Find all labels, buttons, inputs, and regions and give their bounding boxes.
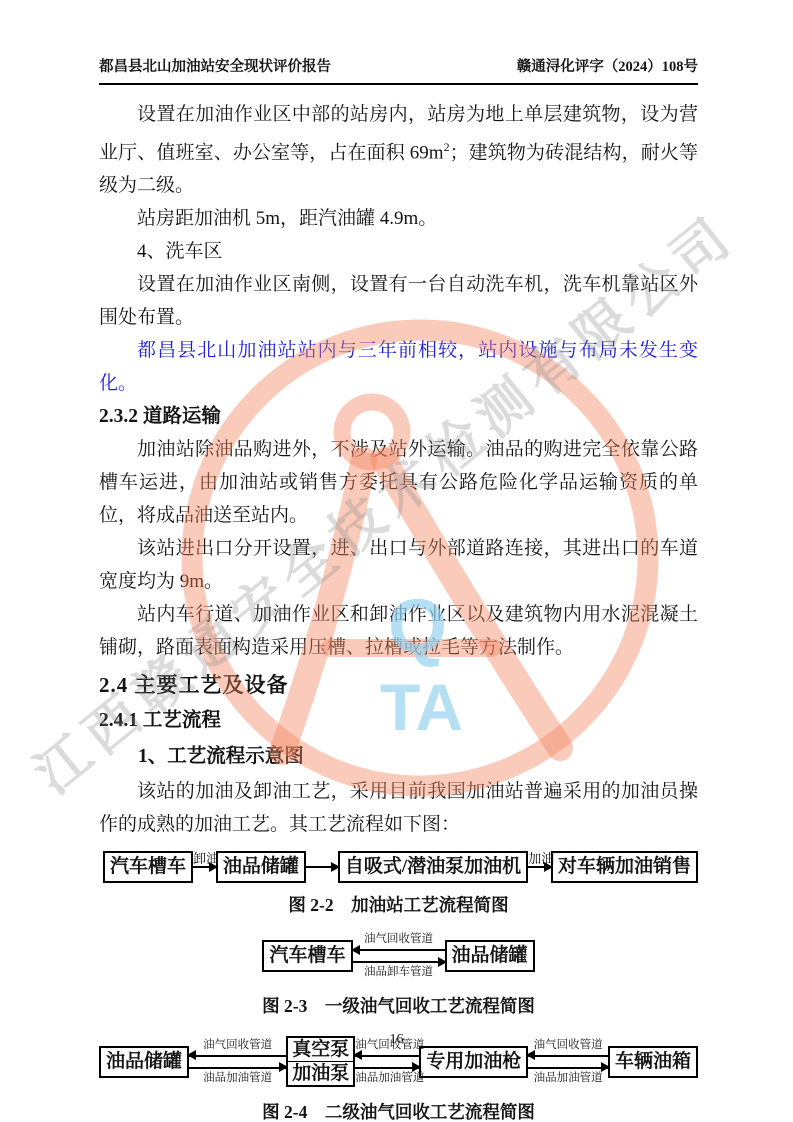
flow-node-vehicle-fuel-tank: 车辆油箱 <box>608 1046 698 1078</box>
arrow-right-icon <box>528 1067 608 1069</box>
label-oil-unloading-pipe: 油品卸车管道 <box>353 966 445 979</box>
arrow-refuel-icon: 加油 <box>528 866 551 868</box>
arrow-label-refuel: 加油 <box>528 852 554 865</box>
header-doc-number: 赣通浔化评字（2024）108号 <box>517 55 698 76</box>
body-text: 设置在加油作业区中部的站房内，站房为地上单层建筑物，设为营业厅、值班室、办公室等… <box>99 98 698 841</box>
heading-flow-diagram: 1、工艺流程示意图 <box>99 739 698 775</box>
heading-2-4-1: 2.4.1 工艺流程 <box>99 703 698 739</box>
fueling-pump-label: 加油泵 <box>288 1062 353 1085</box>
arrow-right-icon <box>189 1067 286 1069</box>
flow-node-dedicated-nozzle: 专用加油枪 <box>419 1046 528 1078</box>
arrow-right-icon <box>355 1067 419 1069</box>
label-oil-fueling-pipe: 油品加油管道 <box>189 1072 286 1085</box>
paragraph-road-transport: 加油站除油品购进外，不涉及站外运输。油品的购进完全依靠公路槽车运进，由加油站或销… <box>99 433 698 532</box>
flow-node-storage-tank: 油品储罐 <box>216 851 306 883</box>
figure-2-4-caption: 图 2-4 二级油气回收工艺流程简图 <box>99 1099 698 1122</box>
page-number: 16 <box>0 1032 793 1048</box>
arrow-left-icon <box>528 1055 608 1057</box>
paragraph-station-house: 设置在加油作业区中部的站房内，站房为地上单层建筑物，设为营业厅、值班室、办公室等… <box>99 98 698 202</box>
paragraph-pavement: 站内车行道、加油作业区和卸油作业区以及建筑物内用水泥混凝土铺砌，路面表面构造采用… <box>99 598 698 664</box>
figure-2-3-caption: 图 2-3 一级油气回收工艺流程简图 <box>99 993 698 1018</box>
flow-node-tanker-truck: 汽车槽车 <box>103 851 193 883</box>
flow-node-dispenser: 自吸式/潜油泵加油机 <box>338 851 528 883</box>
arrow-plain-icon <box>306 866 338 868</box>
paragraph-process-intro: 该站的加油及卸油工艺，采用目前我国加油站普遍采用的加油员操作的成熟的加油工艺。其… <box>99 775 698 841</box>
dual-pipe-connector: 油气回收管道 油品卸车管道 <box>353 933 445 979</box>
label-vapor-recovery-pipe: 油气回收管道 <box>353 933 445 946</box>
figure-2-2-caption: 图 2-2 加油站工艺流程简图 <box>99 892 698 917</box>
page-content: 都昌县北山加油站安全现状评价报告 赣通浔化评字（2024）108号 设置在加油作… <box>99 55 698 1122</box>
heading-2-4: 2.4 主要工艺及设备 <box>99 667 698 703</box>
flow-node-vehicle-sales: 对车辆加油销售 <box>551 851 698 883</box>
paragraph-entrances: 该站进出口分开设置，进、出口与外部道路连接，其进出口的车道宽度均为 9m。 <box>99 532 698 598</box>
arrow-left-icon <box>189 1055 286 1057</box>
page-header: 都昌县北山加油站安全现状评价报告 赣通浔化评字（2024）108号 <box>99 55 698 85</box>
figure-2-2-flow: 汽车槽车 卸油 油品储罐 自吸式/潜油泵加油机 加油 对车辆加油销售 <box>103 851 698 883</box>
arrow-label-unload: 卸油 <box>193 852 219 865</box>
label-oil-fueling-pipe: 油品加油管道 <box>355 1072 419 1085</box>
paragraph-distances: 站房距加油机 5m，距汽油罐 4.9m。 <box>99 202 698 235</box>
arrow-left-icon <box>353 949 445 951</box>
header-report-title: 都昌县北山加油站安全现状评价报告 <box>99 55 331 76</box>
arrow-right-icon <box>353 961 445 963</box>
flow-node-tanker-truck: 汽车槽车 <box>262 940 352 972</box>
figure-2-3-flow: 汽车槽车 油气回收管道 油品卸车管道 油品储罐 <box>99 933 698 979</box>
document-page: Q TA 江西赣通安全技术检测有限公司 都昌县北山加油站安全现状评价报告 赣通浔… <box>0 0 793 1122</box>
paragraph-wash-area: 设置在加油作业区南侧，设置有一台自动洗车机，洗车机靠站区外围处布置。 <box>99 268 698 334</box>
flow-node-storage-tank: 油品储罐 <box>99 1046 189 1078</box>
arrow-left-icon <box>355 1055 419 1057</box>
arrow-unload-icon: 卸油 <box>193 866 216 868</box>
flow-node-storage-tank: 油品储罐 <box>445 940 535 972</box>
paragraph-no-change-note: 都昌县北山加油站站内与三年前相较，站内设施与布局未发生变化。 <box>99 334 698 400</box>
label-oil-fueling-pipe: 油品加油管道 <box>528 1072 608 1085</box>
list-item-wash-area: 4、洗车区 <box>99 235 698 268</box>
heading-2-3-2: 2.3.2 道路运输 <box>99 400 698 433</box>
